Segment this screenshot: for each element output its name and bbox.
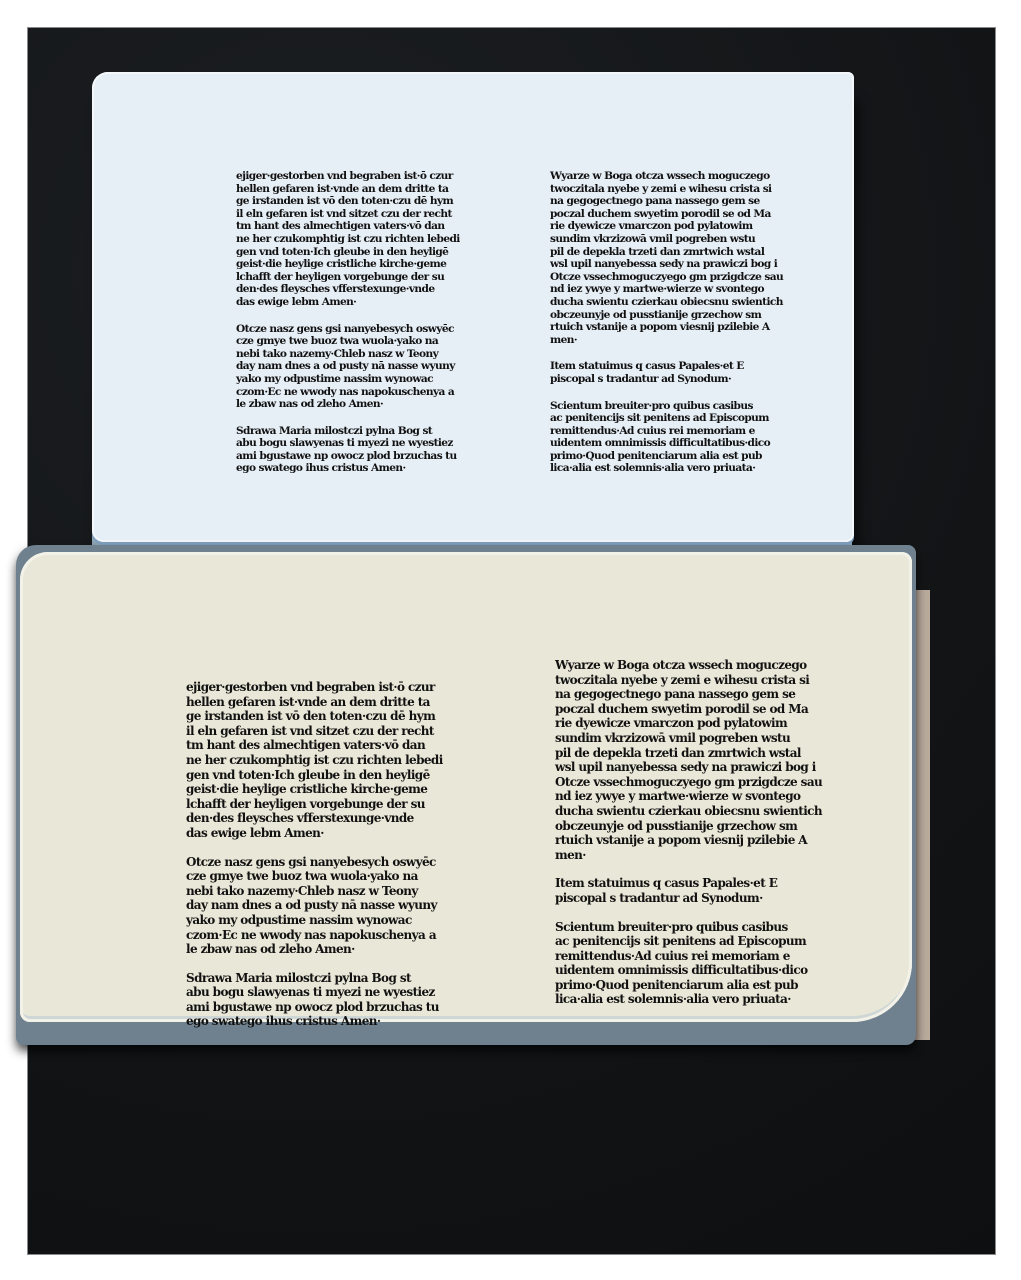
- text-line: den·des fleysches vfferstexunge·vnde: [236, 283, 460, 296]
- text-line: le zbaw nas od zleho Amen·: [186, 942, 443, 957]
- text-line: cze gmye twe buoz twa wuola·yako na: [236, 335, 460, 348]
- creed-german-paragraph: ejiger·gestorben vnd begraben ist·ō czur…: [186, 680, 443, 841]
- creed-polish-paragraph: Wyarze w Boga otcza wssech moguczego two…: [550, 170, 783, 346]
- text-line: abu bogu slawyenas ti myezi ne wyestiez: [236, 437, 460, 450]
- text-line: men·: [550, 334, 783, 347]
- text-line: ducha swientu czierkau obiecsnu swientic…: [550, 296, 783, 309]
- text-line: primo·Quod penitenciarum alia est pub: [550, 450, 783, 463]
- text-line: czom·Ec ne wwody nas napokuschenya a: [236, 386, 460, 399]
- text-line: uidentem omnimissis difficultatibus·dico: [550, 437, 783, 450]
- top-sheet-left-column: ejiger·gestorben vnd begraben ist·ō czur…: [236, 170, 460, 489]
- text-line: obczeunyje od pusstianije grzechow sm: [555, 819, 822, 834]
- text-line: Scientum breuiter·pro quibus casibus: [555, 920, 822, 935]
- creed-polish-paragraph: Wyarze w Boga otcza wssech moguczego two…: [555, 658, 822, 862]
- bottom-sheet-left-column: ejiger·gestorben vnd begraben ist·ō czur…: [186, 680, 443, 1043]
- text-line: geist·die heylige cristliche kirche·geme: [236, 258, 460, 271]
- text-line: remittendus·Ad cuius rei memoriam e: [550, 425, 783, 438]
- text-line: sundim vkrzizowā vmil pogreben wstu: [555, 731, 822, 746]
- text-line: twoczitala nyebe y zemi e wihesu crista …: [550, 183, 783, 196]
- text-line: ac penitencijs sit penitens ad Episcopum: [550, 412, 783, 425]
- text-line: nebi tako nazemy·Chleb nasz w Teony: [236, 348, 460, 361]
- text-line: yako my odpustime nassim wynowac: [186, 913, 443, 928]
- text-line: tm hant des almechtigen vaters·vō dan: [236, 220, 460, 233]
- text-line: poczal duchem swyetim porodil se od Ma: [550, 208, 783, 221]
- text-line: na gegogectnego pana nassego gem se: [550, 195, 783, 208]
- text-line: nd iez ywye y martwe·wierze w svontego: [555, 789, 822, 804]
- text-line: uidentem omnimissis difficultatibus·dico: [555, 963, 822, 978]
- text-line: twoczitala nyebe y zemi e wihesu crista …: [555, 673, 822, 688]
- hail-mary-paragraph: Sdrawa Maria milostczi pylna Bog st abu …: [186, 971, 443, 1029]
- text-line: lica·alia est solemnis·alia vero priuata…: [555, 992, 822, 1007]
- text-line: ego swatego ihus cristus Amen·: [236, 462, 460, 475]
- text-line: abu bogu slawyenas ti myezi ne wyestiez: [186, 985, 443, 1000]
- statute-paragraph: Item statuimus q casus Papales·et E pisc…: [550, 360, 783, 385]
- text-line: Item statuimus q casus Papales·et E: [555, 876, 822, 891]
- text-line: rie dyewicze vmarczon pod pylatowim: [550, 220, 783, 233]
- text-line: ne her czukomphtig ist czu richten lebed…: [186, 753, 443, 768]
- text-line: rtuich vstanije a popom viesnij pzilebie…: [555, 833, 822, 848]
- text-line: lchafft der heyligen vorgebunge der su: [186, 797, 443, 812]
- text-line: piscopal s tradantur ad Synodum·: [555, 891, 822, 906]
- text-line: rie dyewicze vmarczon pod pylatowim: [555, 716, 822, 731]
- text-line: poczal duchem swyetim porodil se od Ma: [555, 702, 822, 717]
- text-line: pil de depekla trzeti dan zmrtwich wstal: [550, 246, 783, 259]
- text-line: cze gmye twe buoz twa wuola·yako na: [186, 869, 443, 884]
- text-line: ami bgustawe np owocz plod brzuchas tu: [186, 1000, 443, 1015]
- text-line: Wyarze w Boga otcza wssech moguczego: [555, 658, 822, 673]
- text-line: le zbaw nas od zleho Amen·: [236, 398, 460, 411]
- text-line: Wyarze w Boga otcza wssech moguczego: [550, 170, 783, 183]
- text-line: piscopal s tradantur ad Synodum·: [550, 373, 783, 386]
- text-line: obczeunyje od pusstianije grzechow sm: [550, 309, 783, 322]
- text-line: na gegogectnego pana nassego gem se: [555, 687, 822, 702]
- text-line: ducha swientu czierkau obiecsnu swientic…: [555, 804, 822, 819]
- text-line: yako my odpustime nassim wynowac: [236, 373, 460, 386]
- text-line: day nam dnes a od pusty nā nasse wyuny: [186, 898, 443, 913]
- text-line: das ewige lebm Amen·: [236, 296, 460, 309]
- text-line: il eln gefaren ist vnd sitzet czu der re…: [186, 724, 443, 739]
- text-line: sundim vkrzizowā vmil pogreben wstu: [550, 233, 783, 246]
- text-line: lchafft der heyligen vorgebunge der su: [236, 271, 460, 284]
- text-line: hellen gefaren ist·vnde an dem dritte ta: [186, 695, 443, 710]
- text-line: Item statuimus q casus Papales·et E: [550, 360, 783, 373]
- text-line: nebi tako nazemy·Chleb nasz w Teony: [186, 884, 443, 899]
- text-line: men·: [555, 848, 822, 863]
- text-line: Sdrawa Maria milostczi pylna Bog st: [186, 971, 443, 986]
- text-line: lica·alia est solemnis·alia vero priuata…: [550, 462, 783, 475]
- text-line: pil de depekla trzeti dan zmrtwich wstal: [555, 746, 822, 761]
- text-line: ejiger·gestorben vnd begraben ist·ō czur: [236, 170, 460, 183]
- text-line: day nam dnes a od pusty nā nasse wyuny: [236, 360, 460, 373]
- text-line: Sdrawa Maria milostczi pylna Bog st: [236, 425, 460, 438]
- text-line: ejiger·gestorben vnd begraben ist·ō czur: [186, 680, 443, 695]
- text-line: geist·die heylige cristliche kirche·geme: [186, 782, 443, 797]
- text-line: tm hant des almechtigen vaters·vō dan: [186, 738, 443, 753]
- statute-paragraph: Item statuimus q casus Papales·et E pisc…: [555, 876, 822, 905]
- lords-prayer-paragraph: Otcze nasz gens gsi nanyebesych oswyēc c…: [236, 323, 460, 411]
- text-line: nd iez ywye y martwe·wierze w svontego: [550, 283, 783, 296]
- text-line: Otcze vssechmoguczyego gm przigdcze sau: [555, 775, 822, 790]
- top-sheet-right-column: Wyarze w Boga otcza wssech moguczego two…: [550, 170, 783, 489]
- text-line: gen vnd toten·Ich gleube in den heyligē: [236, 246, 460, 259]
- text-line: ne her czukomphtig ist czu richten lebed…: [236, 233, 460, 246]
- text-line: ge irstanden ist vō den toten·czu dē hym: [186, 709, 443, 724]
- text-line: ac penitencijs sit penitens ad Episcopum: [555, 934, 822, 949]
- text-line: rtuich vstanije a popom viesnij pzilebie…: [550, 321, 783, 334]
- text-line: ego swatego ihus cristus Amen·: [186, 1014, 443, 1029]
- penitence-paragraph: Scientum breuiter·pro quibus casibus ac …: [550, 400, 783, 476]
- text-line: Otcze nasz gens gsi nanyebesych oswyēc: [236, 323, 460, 336]
- bottom-sheet-right-column: Wyarze w Boga otcza wssech moguczego two…: [555, 658, 822, 1021]
- creed-german-paragraph: ejiger·gestorben vnd begraben ist·ō czur…: [236, 170, 460, 309]
- lords-prayer-paragraph: Otcze nasz gens gsi nanyebesych oswyēc c…: [186, 855, 443, 957]
- text-line: hellen gefaren ist·vnde an dem dritte ta: [236, 183, 460, 196]
- text-line: czom·Ec ne wwody nas napokuschenya a: [186, 928, 443, 943]
- text-line: wsl upil nanyebessa sedy na prawiczi bog…: [550, 258, 783, 271]
- hail-mary-paragraph: Sdrawa Maria milostczi pylna Bog st abu …: [236, 425, 460, 475]
- text-line: das ewige lebm Amen·: [186, 826, 443, 841]
- text-line: remittendus·Ad cuius rei memoriam e: [555, 949, 822, 964]
- text-line: Scientum breuiter·pro quibus casibus: [550, 400, 783, 413]
- text-line: ge irstanden ist vō den toten·czu dē hym: [236, 195, 460, 208]
- text-line: Otcze vssechmoguczyego gm przigdcze sau: [550, 271, 783, 284]
- text-line: den·des fleysches vfferstexunge·vnde: [186, 811, 443, 826]
- text-line: gen vnd toten·Ich gleube in den heyligē: [186, 768, 443, 783]
- text-line: ami bgustawe np owocz plod brzuchas tu: [236, 450, 460, 463]
- text-line: primo·Quod penitenciarum alia est pub: [555, 978, 822, 993]
- penitence-paragraph: Scientum breuiter·pro quibus casibus ac …: [555, 920, 822, 1008]
- text-line: il eln gefaren ist vnd sitzet czu der re…: [236, 208, 460, 221]
- text-line: Otcze nasz gens gsi nanyebesych oswyēc: [186, 855, 443, 870]
- text-line: wsl upil nanyebessa sedy na prawiczi bog…: [555, 760, 822, 775]
